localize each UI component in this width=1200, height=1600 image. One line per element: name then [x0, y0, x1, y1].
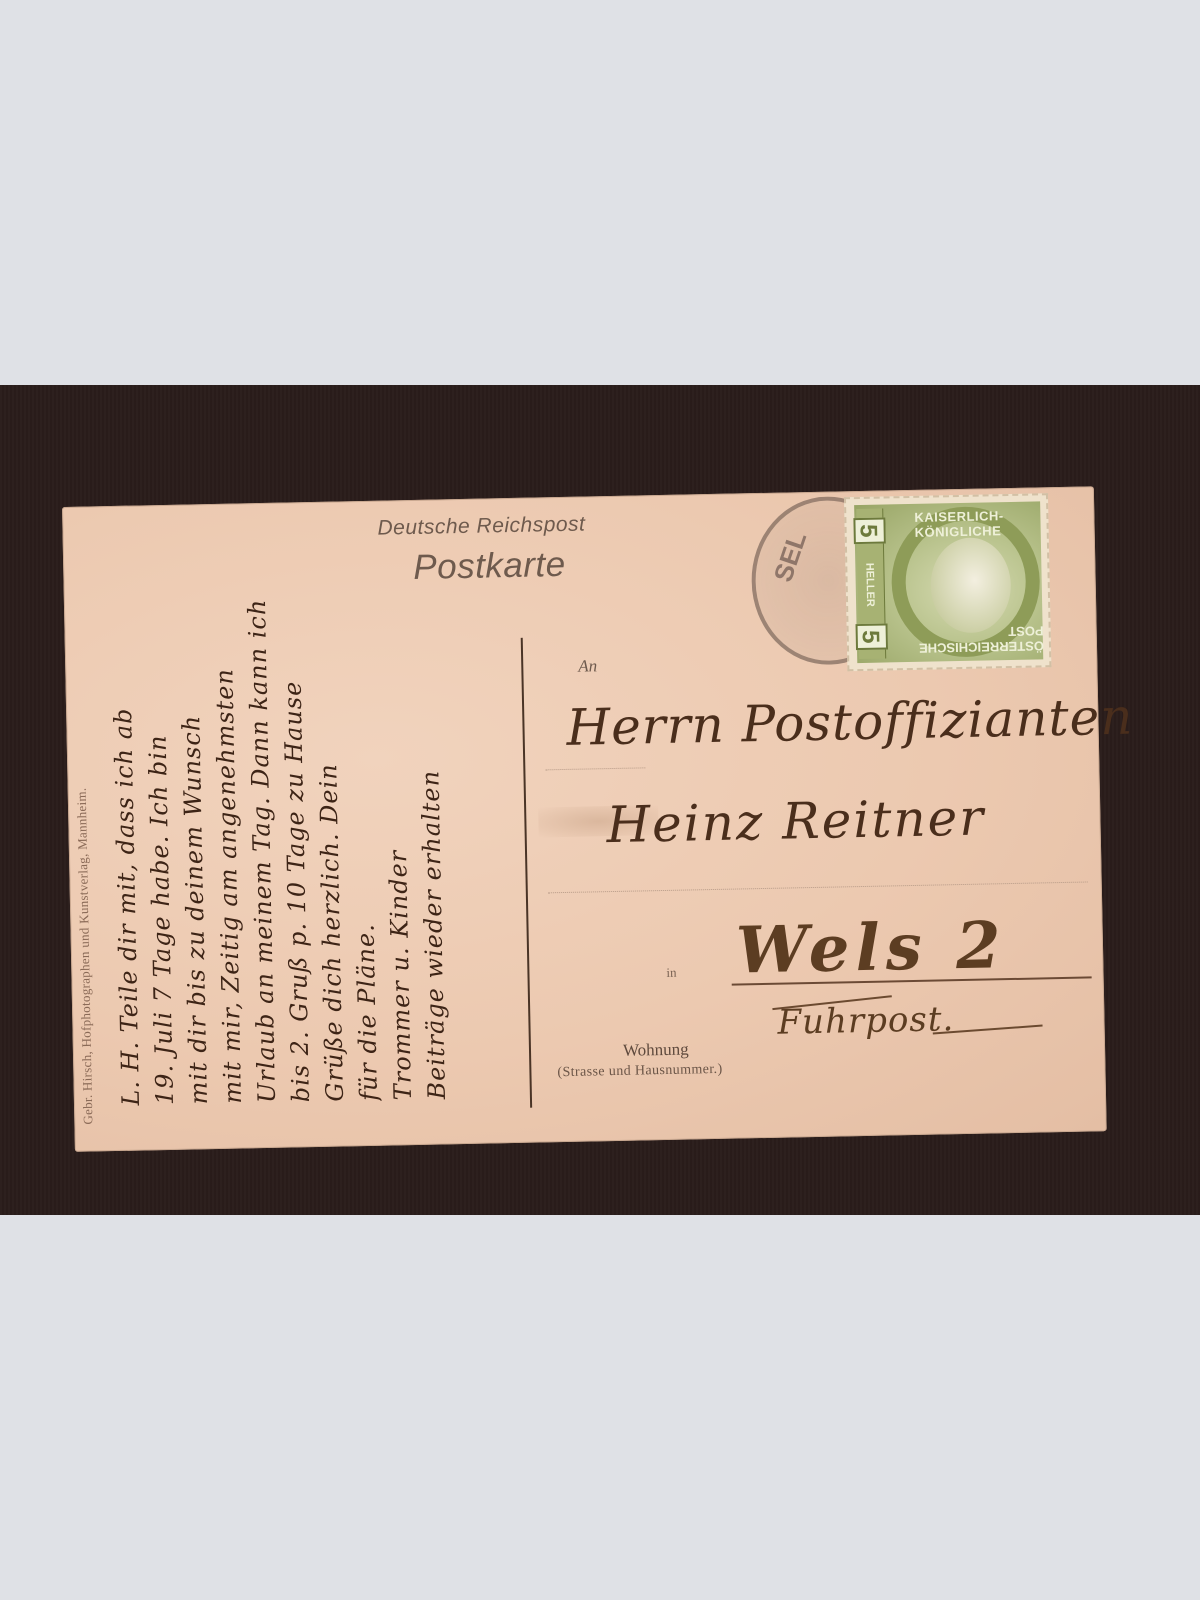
city-prefix: in — [666, 965, 676, 981]
address-line-1: Herrn Postoffizianten — [566, 688, 1134, 757]
address-city: Wels 2 — [735, 908, 1007, 988]
photo-backdrop: Gebr. Hirsch, Hofphotographen und Kunstv… — [0, 385, 1200, 1215]
stamp-denomination-bottom: 5 — [856, 623, 889, 650]
postage-stamp: 5 HELLER 5 KAISERLICH-KÖNIGLICHE ÖSTERRE… — [844, 493, 1051, 671]
stamp-unit: HELLER — [863, 555, 876, 615]
address-line-2: Heinz Reitner — [606, 789, 986, 855]
stamp-denomination-top: 5 — [853, 517, 886, 544]
postcard: Gebr. Hirsch, Hofphotographen und Kunstv… — [62, 486, 1107, 1152]
address-dotted-line-2 — [548, 881, 1088, 893]
stamp-ring-text-top: KAISERLICH-KÖNIGLICHE — [914, 507, 1041, 540]
address-line-4: Fuhrpost. — [777, 999, 955, 1043]
stamp-design: 5 HELLER 5 KAISERLICH-KÖNIGLICHE ÖSTERRE… — [854, 501, 1043, 663]
stamp-ring-text-bottom: ÖSTERREICHISCHE POST — [919, 623, 1045, 656]
postmark-text: SEL — [768, 528, 814, 586]
address-dotted-line-1 — [545, 767, 645, 770]
residence-hint: (Strasse und Hausnummer.) — [557, 1062, 722, 1081]
handwritten-message: L. H. Teile dir mit, dass ich ab 19. Jul… — [102, 508, 534, 1106]
residence-label: Wohnung — [623, 1040, 689, 1061]
address-prefix: An — [578, 656, 597, 676]
publisher-imprint: Gebr. Hirsch, Hofphotographen und Kunstv… — [68, 524, 102, 1124]
stamp-value-panel: 5 HELLER 5 — [856, 509, 886, 660]
